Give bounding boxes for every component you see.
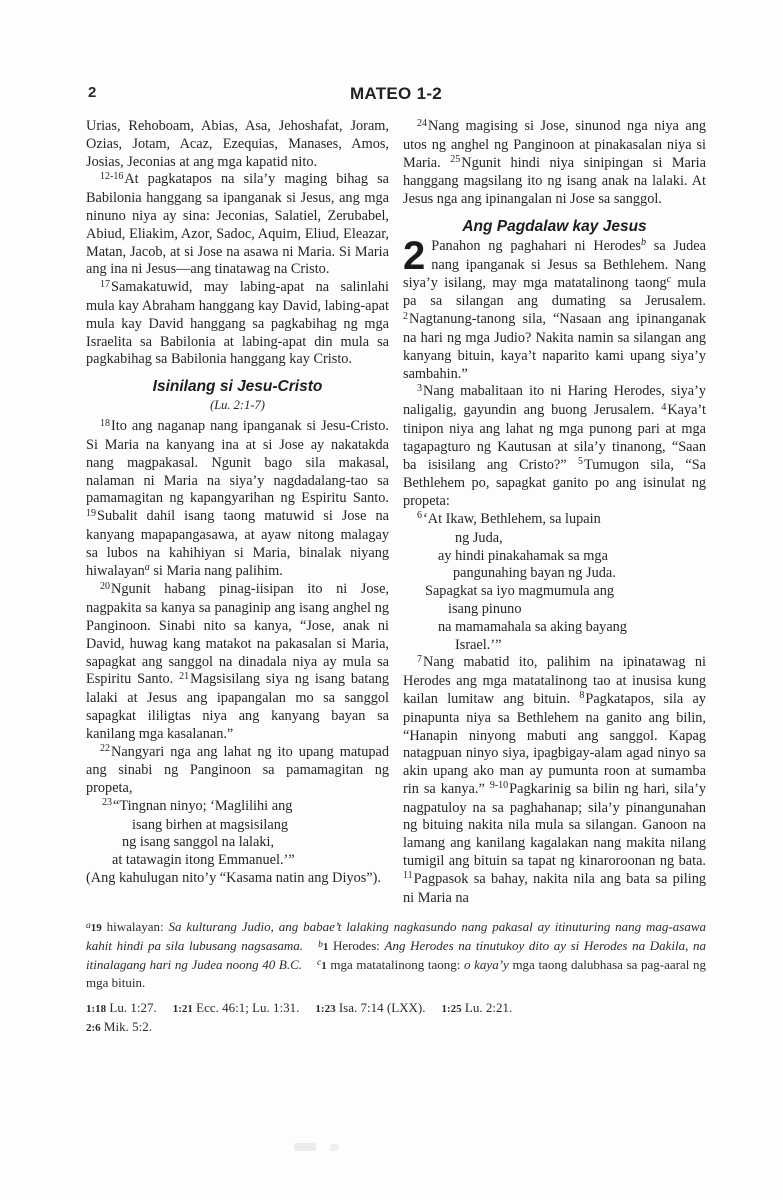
text-columns: Urias, Rehoboam, Abias, Asa, Jehoshafat,… <box>86 118 706 907</box>
scanned-bible-page: 2 MATEO 1-2 Urias, Rehoboam, Abias, Asa,… <box>0 0 783 1200</box>
cross-reference-text: Isa. 7:14 (LXX). <box>336 1000 426 1015</box>
verse-number: 19 <box>86 508 96 519</box>
verse-text: (Ang kahulugan nito’y “Kasama natin ang … <box>86 870 381 886</box>
verse-text: na mamamahala sa aking bayang <box>438 619 627 635</box>
page-content: 2 MATEO 1-2 Urias, Rehoboam, Abias, Asa,… <box>0 0 783 1037</box>
section-parallel-reference: (Lu. 2:1-7) <box>86 398 389 412</box>
verse-number: 6 <box>417 510 422 521</box>
poetry-line: isang pinuno <box>403 601 706 619</box>
verse-text: si Maria nang palihim. <box>150 563 283 579</box>
cross-reference-verse: 2:6 <box>86 1022 101 1034</box>
verse-number: 17 <box>100 279 110 290</box>
cross-reference-line: 2:6 Mik. 5:2. <box>86 1018 706 1037</box>
left-column: Urias, Rehoboam, Abias, Asa, Jehoshafat,… <box>86 118 389 907</box>
scan-artifact <box>294 1143 316 1151</box>
footnote-italic-text: o kaya’y <box>464 957 512 972</box>
verse-text: at tatawagin itong Emmanuel.’” <box>112 852 295 868</box>
verse-text: “Tingnan ninyo; ‘Maglilihi ang <box>113 798 292 814</box>
section-heading: Isinilang si Jesu-Cristo <box>86 378 389 396</box>
poetry-line: Sapagkat sa iyo magmumula ang <box>403 583 706 601</box>
verse-text: ng isang sanggol na lalaki, <box>122 834 274 850</box>
footnote-marker: c <box>667 274 671 285</box>
verse-text: Israel.’” <box>455 637 501 653</box>
section-heading: Ang Pagdalaw kay Jesus <box>403 218 706 236</box>
verse-paragraph: 20Ngunit habang pinag-iisipan ito ni Jos… <box>86 581 389 743</box>
verse-number: 2 <box>403 311 408 322</box>
poetry-block: 23“Tingnan ninyo; ‘Maglilihi angisang bi… <box>86 798 389 870</box>
footnote-verse-number: 19 <box>91 922 102 934</box>
verse-text: Sapagkat sa iyo magmumula ang <box>425 583 614 599</box>
verse-text: pangunahing bayan ng Juda. <box>453 565 616 581</box>
cross-reference: 1:25 Lu. 2:21. <box>442 1000 513 1015</box>
verse-paragraph: Urias, Rehoboam, Abias, Asa, Jehoshafat,… <box>86 118 389 171</box>
cross-reference-text: Mik. 5:2. <box>101 1019 152 1034</box>
verse-text: Pagpasok sa bahay, nakita nila ang bata … <box>403 871 706 906</box>
poetry-line: 6‘At Ikaw, Bethlehem, sa lupain <box>403 511 706 530</box>
verse-paragraph: 3Nang mabalitaan ito ni Haring Herodes, … <box>403 383 706 511</box>
verse-paragraph: 24Nang magising si Jose, sinunod nga niy… <box>403 118 706 209</box>
verse-paragraph: 22Nangyari nga ang lahat ng ito upang ma… <box>86 744 389 798</box>
cross-reference: 1:21 Ecc. 46:1; Lu. 1:31. <box>173 1000 300 1015</box>
verse-number: 9-10 <box>490 780 508 791</box>
verse-number: 3 <box>417 383 422 394</box>
verse-text: ng Juda, <box>455 530 503 546</box>
running-head: MATEO 1-2 <box>86 84 706 104</box>
verse-paragraph: 7Nang mabatid ito, palihim na ipinatawag… <box>403 654 706 907</box>
verse-text: ay hindi pinakahamak sa mga <box>438 548 608 564</box>
verse-paragraph: (Ang kahulugan nito’y “Kasama natin ang … <box>86 870 389 888</box>
poetry-line: ng Juda, <box>403 530 706 548</box>
verse-number: 8 <box>579 690 584 701</box>
verse-text: Panahon ng paghahari ni Herodes <box>431 238 641 254</box>
verse-paragraph: 12-16At pagkatapos na sila’y maging biha… <box>86 171 389 279</box>
cross-reference-text: Lu. 2:21. <box>462 1000 513 1015</box>
poetry-line: Israel.’” <box>403 637 706 655</box>
verse-number: 20 <box>100 581 110 592</box>
verse-text: ‘At Ikaw, Bethlehem, sa lupain <box>423 511 601 527</box>
poetry-line: pangunahing bayan ng Juda. <box>403 565 706 583</box>
page-header: 2 MATEO 1-2 <box>86 84 706 106</box>
page-number: 2 <box>88 84 96 101</box>
verse-number: 7 <box>417 654 422 665</box>
poetry-line: na mamamahala sa aking bayang <box>403 619 706 637</box>
footnote-letter: c <box>317 958 321 968</box>
verse-number: 25 <box>450 154 460 165</box>
verse-text: Nangyari nga ang lahat ng ito upang matu… <box>86 744 389 797</box>
verse-text: At pagkatapos na sila’y maging bihag sa … <box>86 171 389 277</box>
cross-references-block: 1:18 Lu. 1:27.1:21 Ecc. 46:1; Lu. 1:31.1… <box>86 999 706 1037</box>
cross-reference-line: 1:18 Lu. 1:27.1:21 Ecc. 46:1; Lu. 1:31.1… <box>86 999 706 1018</box>
verse-number: 12-16 <box>100 171 123 182</box>
verse-number: 24 <box>417 118 427 129</box>
verse-paragraph: 18Ito ang naganap nang ipanganak si Jesu… <box>86 418 389 581</box>
poetry-line: isang birhen at magsisilang <box>86 817 389 835</box>
cross-reference-verse: 1:25 <box>442 1003 462 1015</box>
chapter-number: 2 <box>403 238 431 273</box>
verse-number: 23 <box>102 797 112 808</box>
cross-reference-verse: 1:23 <box>315 1003 335 1015</box>
verse-text: Samakatuwid, may labing-apat na salinlah… <box>86 279 389 367</box>
verse-number: 4 <box>661 402 666 413</box>
verse-number: 22 <box>100 743 110 754</box>
footnote-letter: a <box>86 921 91 931</box>
cross-reference: 1:23 Isa. 7:14 (LXX). <box>315 1000 425 1015</box>
verse-paragraph: 17Samakatuwid, may labing-apat na salinl… <box>86 279 389 369</box>
poetry-line: at tatawagin itong Emmanuel.’” <box>86 852 389 870</box>
footnote-marker: b <box>641 237 646 248</box>
verse-text: Urias, Rehoboam, Abias, Asa, Jehoshafat,… <box>86 118 389 170</box>
verse-text: isang pinuno <box>448 601 521 617</box>
cross-reference: 1:18 Lu. 1:27. <box>86 1000 157 1015</box>
poetry-block: 6‘At Ikaw, Bethlehem, sa lupainng Juda,a… <box>403 511 706 654</box>
verse-text: isang birhen at magsisilang <box>132 817 288 833</box>
poetry-line: ay hindi pinakahamak sa mga <box>403 548 706 566</box>
right-column: 24Nang magising si Jose, sinunod nga niy… <box>403 118 706 907</box>
verse-text: Nagtanung-tanong sila, “Nasaan ang ipina… <box>403 311 706 381</box>
footnote-marker: a <box>145 562 150 573</box>
verse-text: hiwalayan: <box>102 919 169 934</box>
verse-text: mga matatalinong taong: <box>327 957 464 972</box>
verse-number: 5 <box>578 456 583 467</box>
cross-reference-verse: 1:18 <box>86 1003 106 1015</box>
footnotes-block: a19 hiwalayan: Sa kulturang Judio, ang b… <box>86 919 706 991</box>
poetry-line: ng isang sanggol na lalaki, <box>86 834 389 852</box>
cross-reference-verse: 1:21 <box>173 1003 193 1015</box>
poetry-line: 23“Tingnan ninyo; ‘Maglilihi ang <box>86 798 389 817</box>
cross-reference-text: Ecc. 46:1; Lu. 1:31. <box>193 1000 300 1015</box>
verse-number: 11 <box>403 870 413 881</box>
verse-number: 21 <box>179 671 189 682</box>
cross-reference-text: Lu. 1:27. <box>106 1000 157 1015</box>
cross-reference: 2:6 Mik. 5:2. <box>86 1019 152 1034</box>
footnote-letter: b <box>318 940 323 950</box>
verse-text: Ito ang naganap nang ipanganak si Jesu-C… <box>86 418 389 506</box>
verse-number: 18 <box>100 418 110 429</box>
chapter-paragraph: 2Panahon ng paghahari ni Herodesb sa Jud… <box>403 238 706 383</box>
verse-text: Herodes: <box>328 938 384 953</box>
scan-artifact <box>330 1144 339 1151</box>
